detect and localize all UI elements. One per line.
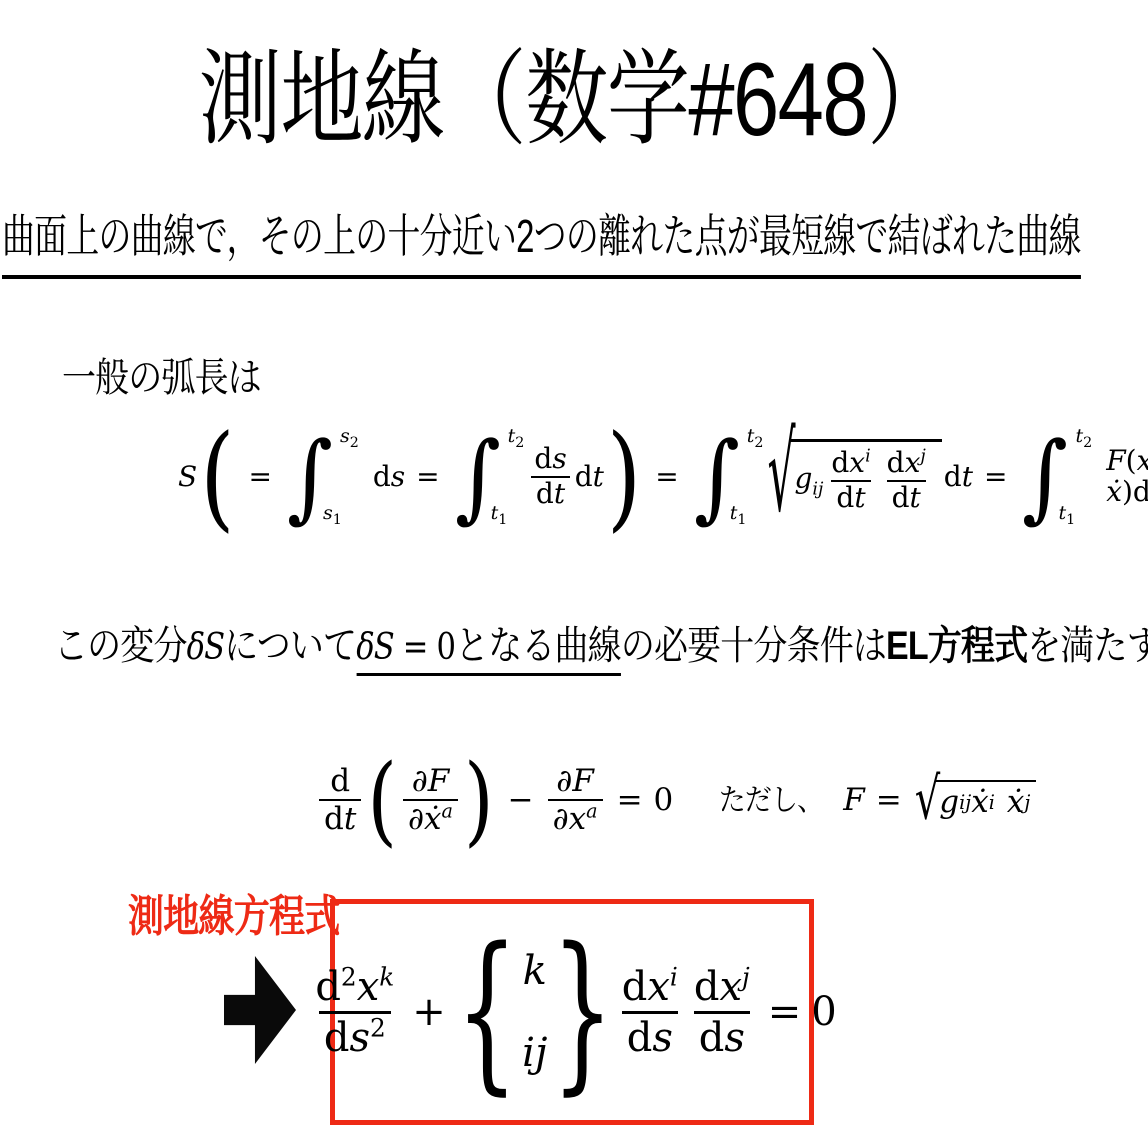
upper-limit: t2 bbox=[747, 426, 764, 451]
claim-post: の必要十分条件は bbox=[621, 624, 886, 668]
integral-symbol: ∫ bbox=[694, 434, 740, 520]
equals-sign: = bbox=[984, 462, 1007, 493]
radicand: gij dxi dt dxj dt bbox=[789, 439, 941, 515]
block-arrow-icon bbox=[224, 956, 296, 1064]
math-token: 0 bbox=[654, 783, 674, 817]
integral-limits: s2 s1 bbox=[331, 426, 359, 528]
integral-symbol: ∫ bbox=[1022, 434, 1068, 520]
fraction: ds dt bbox=[529, 443, 571, 511]
equals-sign: = bbox=[655, 462, 678, 493]
right-curly-brace: } bbox=[551, 926, 613, 1098]
page-title: 測地線（数学#648） bbox=[199, 28, 949, 174]
fraction: dxi dt bbox=[826, 447, 875, 515]
fraction: ∂F ∂ẋa bbox=[403, 763, 458, 837]
fraction: d dt bbox=[319, 763, 361, 837]
radical: √ gij dxi dt dxj dt bbox=[767, 439, 941, 515]
claim-mid: について bbox=[224, 624, 356, 668]
radical-symbol: √ bbox=[767, 422, 795, 530]
geodesic-equation-box: d2xk ds2 + { k ij } dxi ds dxj ds = 0 bbox=[330, 899, 814, 1125]
plus-sign: + bbox=[412, 989, 446, 1035]
integral: ∫ t2 t1 bbox=[1020, 426, 1092, 528]
big-right-paren: ) bbox=[464, 751, 494, 848]
integral-limits: t2 t1 bbox=[499, 426, 525, 528]
math-token: S bbox=[178, 462, 197, 493]
math-token: dt bbox=[575, 462, 604, 493]
integral: ∫ s2 s1 bbox=[285, 426, 359, 528]
math-token: ds bbox=[373, 462, 405, 493]
arc-length-label: 一般の弧長は bbox=[62, 352, 261, 404]
subtitle-wrap: 曲面上の曲線で，その上の十分近い2つの離れた点が最短線で結ばれた曲線 bbox=[2, 204, 1148, 279]
math-token: F(x, ẋ)dt bbox=[1106, 446, 1148, 508]
integral-limits: t2 t1 bbox=[1066, 426, 1092, 528]
math-token: 0 bbox=[811, 989, 836, 1035]
big-right-paren: ) bbox=[607, 420, 641, 534]
upper-limit: s2 bbox=[340, 426, 359, 451]
equals-sign: = bbox=[768, 989, 802, 1035]
equals-sign: = bbox=[416, 462, 439, 493]
claim-cond: となる曲線 bbox=[455, 624, 621, 668]
big-left-paren: ( bbox=[200, 420, 234, 534]
claim-pre: この変分 bbox=[54, 624, 187, 668]
fraction: dxj ds bbox=[689, 963, 755, 1062]
upper-limit: t2 bbox=[1075, 426, 1092, 451]
math-token: F bbox=[843, 783, 865, 817]
equals-zero: = 0 bbox=[394, 627, 455, 668]
radical-symbol: √ bbox=[915, 771, 941, 829]
radical: √ gijẋiẋj bbox=[915, 780, 1037, 820]
christoffel-symbol: k ij bbox=[522, 942, 547, 1082]
integral-symbol: ∫ bbox=[455, 434, 501, 520]
fraction: d2xk ds2 bbox=[310, 963, 399, 1062]
equals-sign: = bbox=[249, 462, 272, 493]
math-token: dt bbox=[944, 462, 973, 493]
integral-limits: t2 t1 bbox=[738, 426, 764, 528]
title-wrap: 測地線（数学#648） bbox=[0, 28, 1148, 174]
equals-sign: = bbox=[876, 783, 902, 817]
slide-canvas: 測地線（数学#648） 曲面上の曲線で，その上の十分近い2つの離れた点が最短線で… bbox=[0, 0, 1148, 1148]
minus-sign: − bbox=[508, 783, 534, 817]
variation-claim-text: この変分δSについてδS = 0となる曲線の必要十分条件はEL方程式を満たす bbox=[54, 616, 1148, 676]
delta-s: δS bbox=[187, 627, 225, 668]
geodesic-equation-formula: d2xk ds2 + { k ij } dxi ds dxj ds = 0 bbox=[307, 942, 836, 1082]
el-equation-formula: d dt ( ∂F ∂ẋa ) − ∂F ∂xa = 0 ただし、 F = √ … bbox=[316, 740, 1038, 860]
math-token: gij bbox=[794, 464, 823, 498]
geodesic-equation-label: 測地線方程式 bbox=[128, 880, 340, 944]
left-curly-brace: { bbox=[456, 926, 518, 1098]
fraction: dxi ds bbox=[617, 963, 683, 1062]
radicand: gijẋiẋj bbox=[935, 780, 1036, 819]
fraction: dxj dt bbox=[882, 447, 931, 515]
delta-s: δS bbox=[356, 627, 394, 668]
equals-sign: = bbox=[617, 783, 643, 817]
tadashi-note: ただし、 bbox=[719, 784, 823, 817]
claim-tail: を満たす bbox=[1027, 624, 1148, 668]
fraction: ∂F ∂xa bbox=[548, 763, 603, 837]
arc-length-formula: S ( = ∫ s2 s1 ds = ∫ t2 t1 ds dt dt ) = … bbox=[178, 414, 1148, 540]
definition-subtitle: 曲面上の曲線で，その上の十分近い2つの離れた点が最短線で結ばれた曲線 bbox=[2, 204, 1081, 279]
big-left-paren: ( bbox=[367, 751, 397, 848]
integral: ∫ t2 t1 bbox=[453, 426, 525, 528]
underlined-condition: δS = 0となる曲線 bbox=[356, 624, 621, 676]
el-equation-label: EL方程式 bbox=[886, 624, 1027, 668]
integral: ∫ t2 t1 bbox=[692, 426, 764, 528]
upper-limit: t2 bbox=[508, 426, 525, 451]
integral-symbol: ∫ bbox=[287, 434, 333, 520]
